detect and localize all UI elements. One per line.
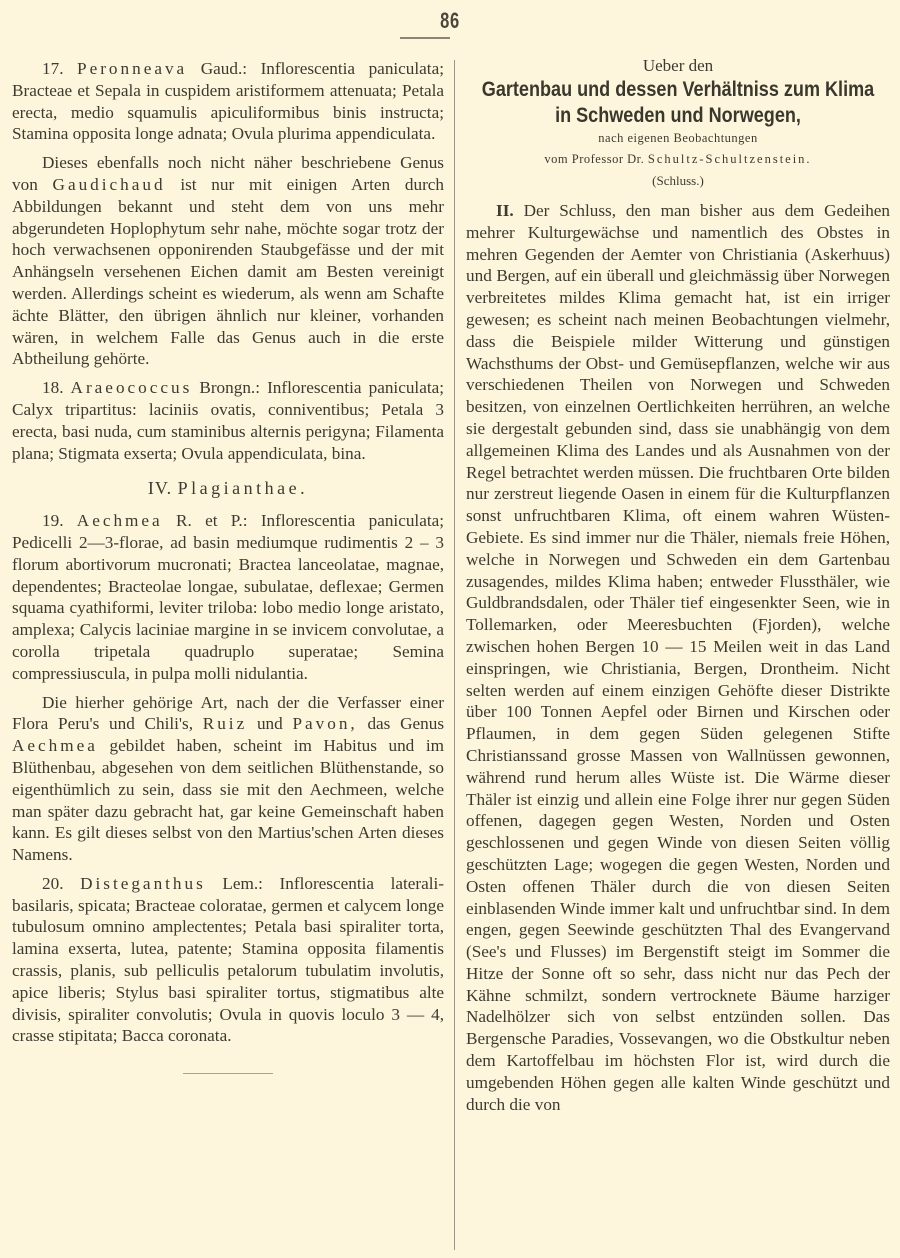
genus-name: Disteganthus [80,874,206,893]
entry-17-note: Dieses ebenfalls noch nicht näher beschr… [12,152,444,370]
article-subtitle: nach eigenen Beobachtungen [466,128,890,149]
entry-17: 17. Peronneava Gaud.: Inflorescentia pan… [12,58,444,145]
author-prefix: vom Professor Dr. [544,152,644,166]
journal-page: 86 17. Peronneava Gaud.: Inflorescentia … [0,0,900,1258]
article-title-line-2: in Schweden und Norwegen, [470,104,886,128]
genus-name: Aechmea [12,736,98,755]
entry-description: Inflorescentia laterali-basilaris, spica… [12,874,444,1046]
article-body: II. Der Schluss, den man bisher aus dem … [466,200,890,1115]
note-text: ist nur mit einigen Arten durch Abbildun… [12,175,444,368]
entry-number: 18. [42,378,63,397]
genus-name: Araeococcus [71,378,193,397]
section-name: Plagianthae. [178,478,308,498]
section-end-rule [183,1073,273,1074]
article-body-text: Der Schluss, den man bisher aus dem Gede… [466,201,890,1114]
note-text: gebildet haben, scheint im Habitus und i… [12,736,444,864]
person-name: Gaudichaud [53,175,166,194]
section-numeral: IV. [148,478,172,498]
genus-name: Peronneava [77,59,187,78]
left-column: 17. Peronneava Gaud.: Inflorescentia pan… [12,58,444,1074]
section-numeral: II. [496,201,514,220]
genus-authority: Lem.: [222,874,263,893]
entry-number: 17. [42,59,63,78]
person-name: Pavon, [292,714,357,733]
person-name: Ruiz [203,714,247,733]
article-title-line-1: Gartenbau und dessen Verhältniss zum Kli… [470,78,886,102]
entry-18: 18. Araeococcus Brongn.: Inflorescentia … [12,377,444,464]
page-number: 86 [113,8,788,34]
article-over-title: Ueber den [466,56,890,76]
article-continuation: (Schluss.) [466,170,890,192]
entry-number: 19. [42,511,63,530]
genus-authority: R. et P.: [176,511,248,530]
article-author: vom Professor Dr. Schultz-Schultzenstein… [466,149,890,170]
column-divider [454,60,455,1250]
right-column: Ueber den Gartenbau und dessen Verhältni… [466,58,890,1115]
genus-name: Aechmea [77,511,163,530]
entry-20: 20. Disteganthus Lem.: Inflorescentia la… [12,873,444,1047]
entry-19: 19. Aechmea R. et P.: Inflorescentia pan… [12,510,444,684]
author-name: Schultz-Schultzenstein. [648,152,812,166]
entry-number: 20. [42,874,63,893]
entry-description: Inflorescentia paniculata; Pedicelli 2—3… [12,511,444,683]
genus-authority: Gaud.: [201,59,247,78]
genus-authority: Brongn.: [199,378,260,397]
note-text: und [257,714,283,733]
entry-19-note: Die hierher gehörige Art, nach der die V… [12,692,444,866]
section-heading: IV. Plagianthae. [12,478,444,500]
note-text: das Genus [367,714,444,733]
page-number-rule [400,37,450,39]
